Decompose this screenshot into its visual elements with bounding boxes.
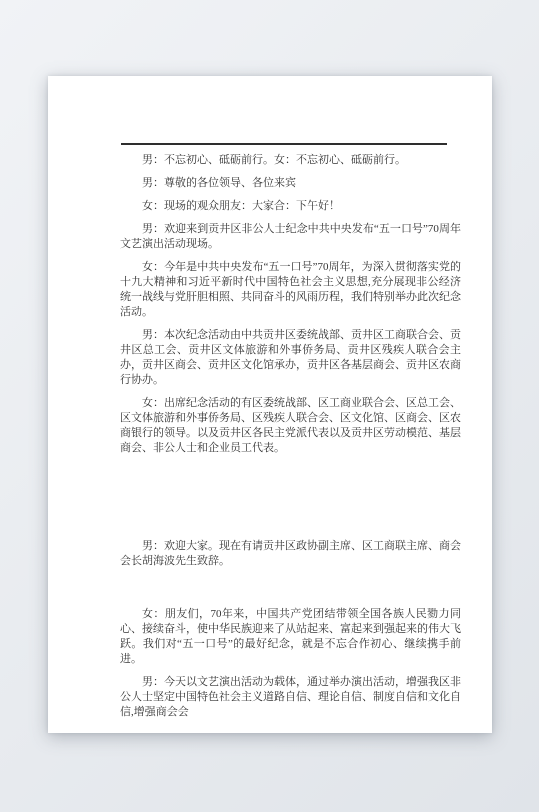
document-page: 男：不忘初心、砥砺前行。女：不忘初心、砥砺前行。男：尊敬的各位领导、各位来宾女：… bbox=[48, 76, 492, 733]
paragraph: 男：欢迎大家。现在有请贡井区政协副主席、区工商联主席、商会会长胡海波先生致辞。 bbox=[120, 539, 461, 569]
paragraph: 女：出席纪念活动的有区委统战部、区工商业联合会、区总工会、区文体旅游和外事侨务局… bbox=[120, 396, 461, 456]
document-text: 男：不忘初心、砥砺前行。女：不忘初心、砥砺前行。男：尊敬的各位领导、各位来宾女：… bbox=[120, 153, 461, 728]
background: 男：不忘初心、砥砺前行。女：不忘初心、砥砺前行。男：尊敬的各位领导、各位来宾女：… bbox=[0, 0, 539, 812]
paragraph: 女：现场的观众朋友：大家合：下午好！ bbox=[120, 199, 461, 214]
paragraph: 女：朋友们，70年来，中国共产党团结带领全国各族人民勠力同心、接续奋斗，使中华民… bbox=[120, 607, 461, 667]
paragraph: 男：欢迎来到贡井区非公人士纪念中共中央发布“五一口号”70周年文艺演出活动现场。 bbox=[120, 222, 461, 252]
paragraph: 男：本次纪念活动由中共贡井区委统战部、贡井区工商联合会、贡井区总工会、贡井区文体… bbox=[120, 328, 461, 388]
paragraph: 男：尊敬的各位领导、各位来宾 bbox=[120, 176, 461, 191]
paragraph: 男：不忘初心、砥砺前行。女：不忘初心、砥砺前行。 bbox=[120, 153, 461, 168]
top-rule bbox=[121, 143, 447, 145]
paragraph: 女：今年是中共中央发布“五一口号”70周年，为深入贯彻落实党的十九大精神和习近平… bbox=[120, 260, 461, 320]
paragraph: 男：今天以文艺演出活动为载体，通过举办演出活动，增强我区非公人士坚定中国特色社会… bbox=[120, 675, 461, 720]
